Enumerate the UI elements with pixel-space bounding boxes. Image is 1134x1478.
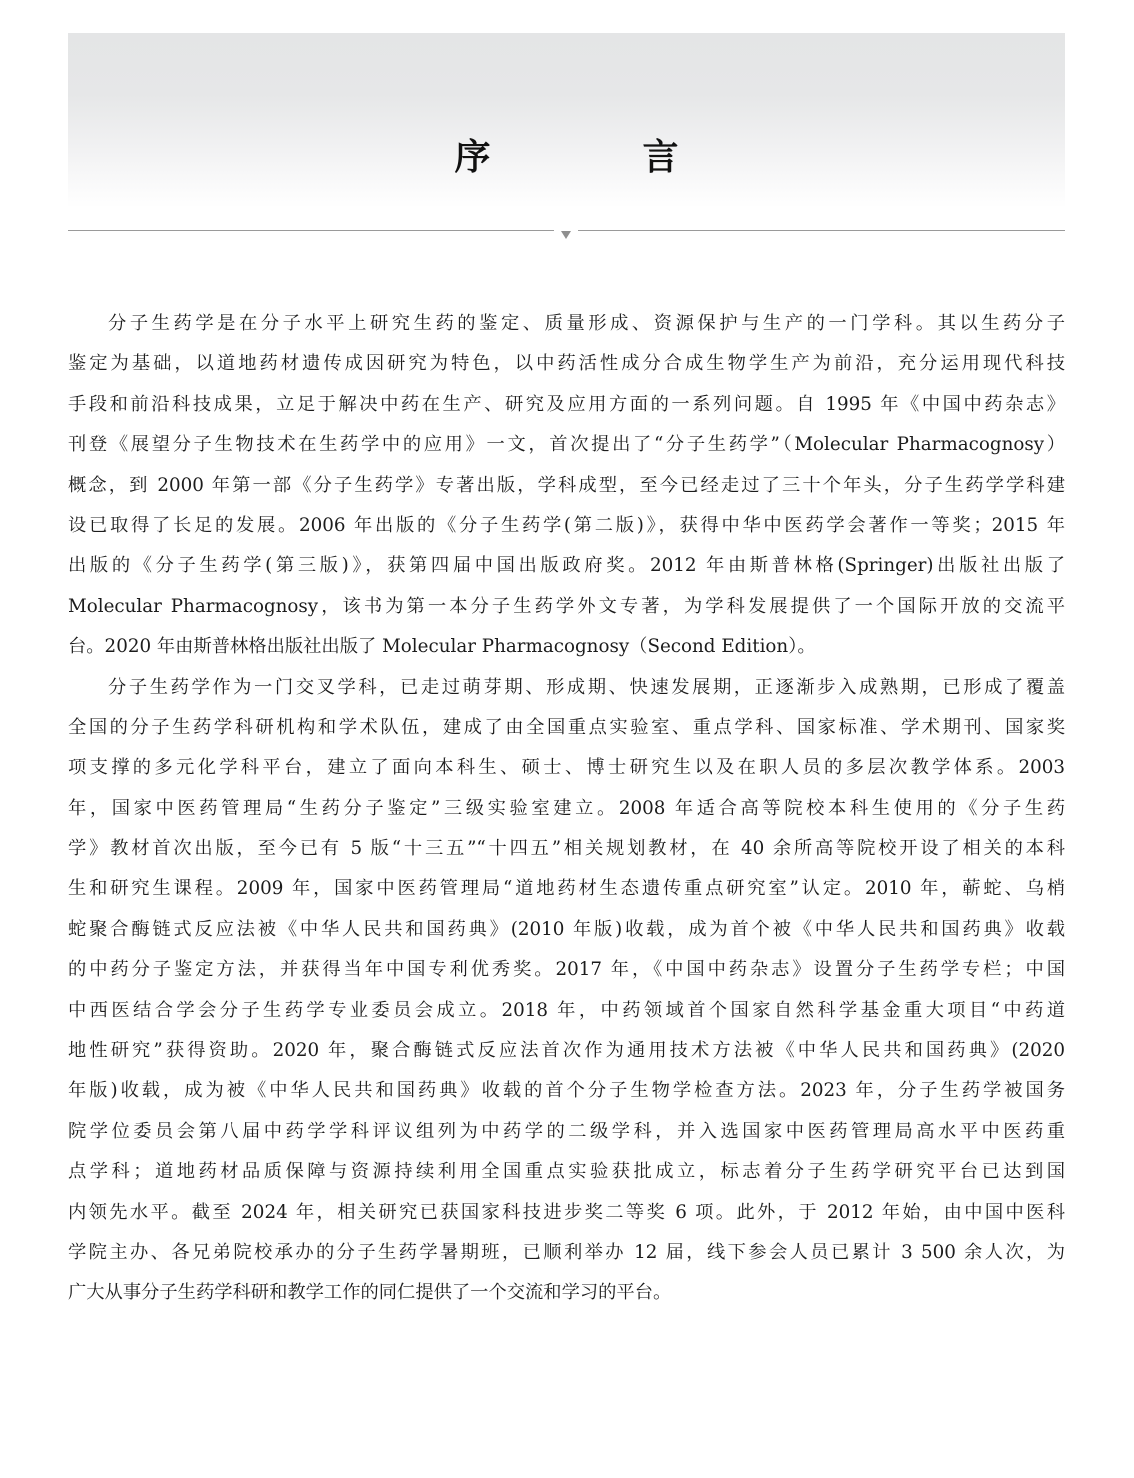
text-line: 的中药分子鉴定方法，并获得当年中国专利优秀奖。2017 年，《中国中药杂志》设置… (68, 950, 1065, 990)
text-line: 生和研究生课程。2009 年，国家中医药管理局“道地药材生态遗传重点研究室”认定… (68, 869, 1065, 909)
paragraph-2: 分子生药学作为一门交叉学科，已走过萌芽期、形成期、快速发展期，正逐渐步入成熟期，… (68, 668, 1065, 1314)
text-line: 手段和前沿科技成果，立足于解决中药在生产、研究及应用方面的一系列问题。自 199… (68, 385, 1065, 425)
text-line: 学》教材首次出版，至今已有 5 版“十三五”“十四五”相关规划教材，在 40 余… (68, 829, 1065, 869)
text-line: 项支撑的多元化学科平台，建立了面向本科生、硕士、博士研究生以及在职人员的多层次教… (68, 748, 1065, 788)
paragraph-1: 分子生药学是在分子水平上研究生药的鉴定、质量形成、资源保护与生产的一门学科。其以… (68, 304, 1065, 668)
text-line: 点学科；道地药材品质保障与资源持续利用全国重点实验获批成立，标志着分子生药学研究… (68, 1152, 1065, 1192)
text-line: 概念，到 2000 年第一部《分子生药学》专著出版，学科成型，至今已经走过了三十… (68, 466, 1065, 506)
text-line: 全国的分子生药学科研机构和学术队伍，建成了由全国重点实验室、重点学科、国家标准、… (68, 708, 1065, 748)
text-line: 中西医结合学会分子生药学专业委员会成立。2018 年，中药领域首个国家自然科学基… (68, 991, 1065, 1031)
text-line: 院学位委员会第八届中药学学科评议组列为中药学的二级学科，并入选国家中医药管理局高… (68, 1112, 1065, 1152)
title-band: 序 言 (68, 33, 1065, 208)
preface-body: 分子生药学是在分子水平上研究生药的鉴定、质量形成、资源保护与生产的一门学科。其以… (68, 304, 1065, 1314)
text-line: 出版的《分子生药学(第三版)》，获第四届中国出版政府奖。2012 年由斯普林格(… (68, 546, 1065, 586)
text-line: 年版)收载，成为被《中华人民共和国药典》收载的首个分子生物学检查方法。2023 … (68, 1071, 1065, 1111)
text-line: 地性研究”获得资助。2020 年，聚合酶链式反应法首次作为通用技术方法被《中华人… (68, 1031, 1065, 1071)
divider-line-left (68, 230, 554, 231)
divider-line-right (578, 230, 1065, 231)
text-line: 刊登《展望分子生物技术在生药学中的应用》一文，首次提出了“分子生药学”（Mole… (68, 425, 1065, 465)
text-line: 广大从事分子生药学科研和教学工作的同仁提供了一个交流和学习的平台。 (68, 1273, 1065, 1313)
text-line: Molecular Pharmacognosy，该书为第一本分子生药学外文专著，… (68, 587, 1065, 627)
text-line: 鉴定为基础，以道地药材遗传成因研究为特色，以中药活性成分合成生物学生产为前沿，充… (68, 344, 1065, 384)
text-line: 蛇聚合酶链式反应法被《中华人民共和国药典》(2010 年版)收载，成为首个被《中… (68, 910, 1065, 950)
text-line: 学院主办、各兄弟院校承办的分子生药学暑期班，已顺利举办 12 届，线下参会人员已… (68, 1233, 1065, 1273)
page-title: 序 言 (68, 135, 1065, 179)
text-line: 内领先水平。截至 2024 年，相关研究已获国家科技进步奖二等奖 6 项。此外，… (68, 1193, 1065, 1233)
text-line: 年，国家中医药管理局“生药分子鉴定”三级实验室建立。2008 年适合高等院校本科… (68, 789, 1065, 829)
text-line: 分子生药学作为一门交叉学科，已走过萌芽期、形成期、快速发展期，正逐渐步入成熟期，… (68, 668, 1065, 708)
text-line: 分子生药学是在分子水平上研究生药的鉴定、质量形成、资源保护与生产的一门学科。其以… (68, 304, 1065, 344)
down-triangle-icon (561, 231, 571, 239)
text-line: 设已取得了长足的发展。2006 年出版的《分子生药学(第二版)》，获得中华中医药… (68, 506, 1065, 546)
text-line: 台。2020 年由斯普林格出版社出版了 Molecular Pharmacogn… (68, 627, 1065, 667)
